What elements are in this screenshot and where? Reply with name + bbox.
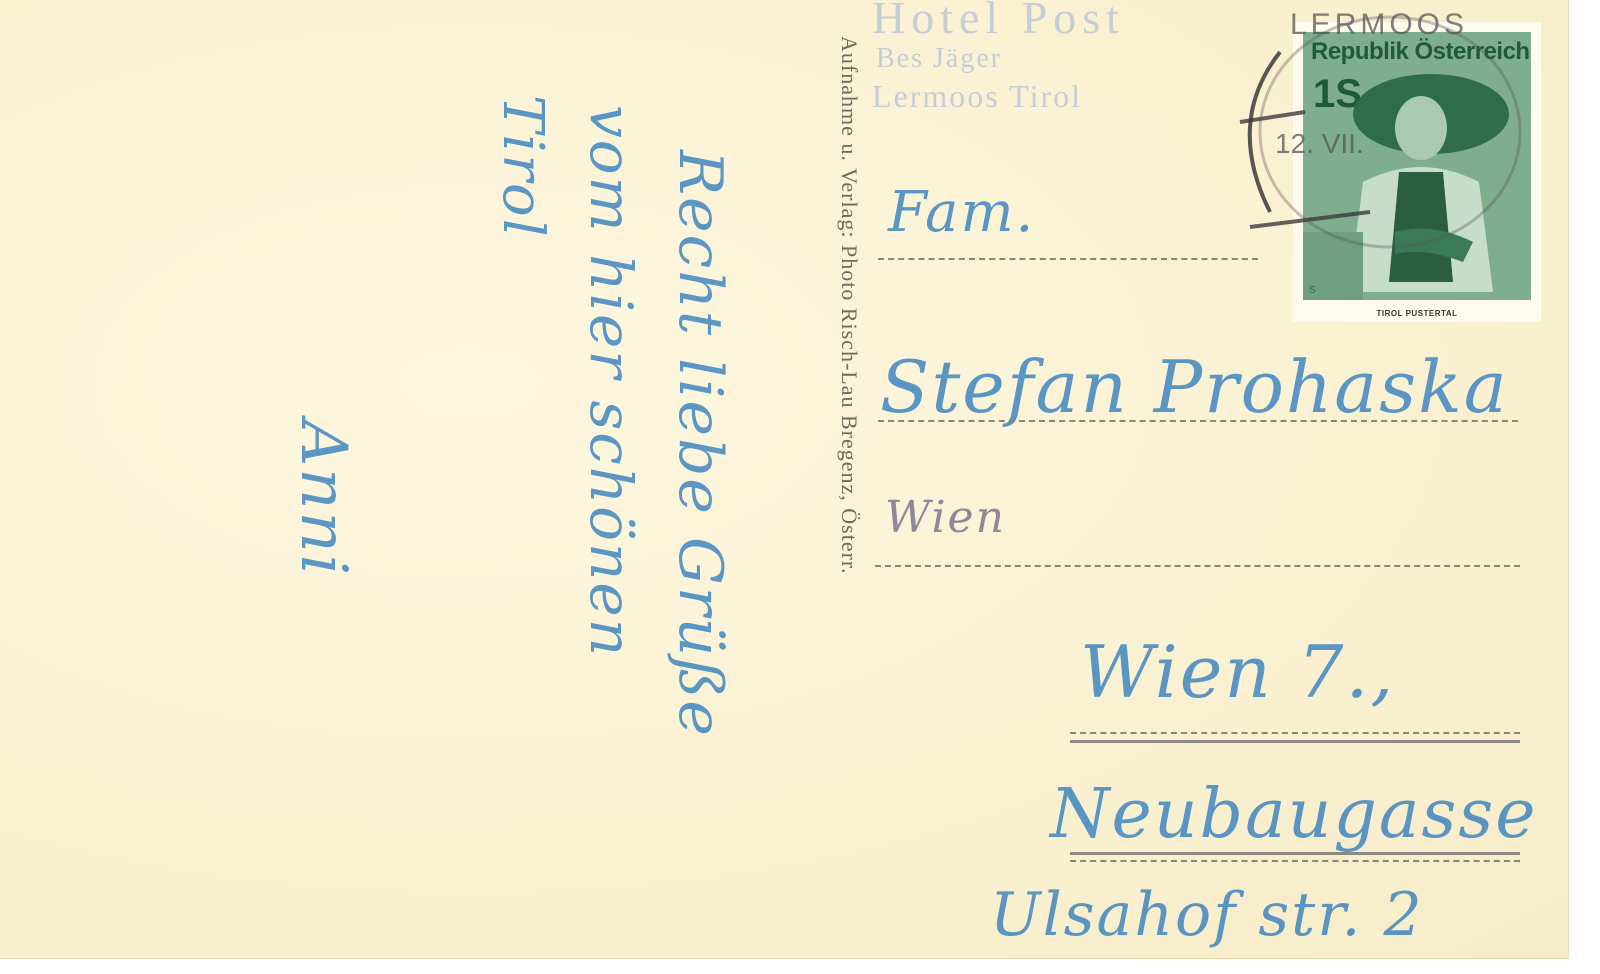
address-line-4	[1070, 732, 1520, 734]
address-city: Wien 7.,	[1080, 630, 1395, 714]
address-name: Stefan Prohaska	[880, 345, 1509, 429]
signature: Anni	[286, 420, 360, 577]
address-line-2	[878, 420, 1518, 422]
publisher-imprint: Aufnahme u. Verlag: Photo Risch-Lau Breg…	[836, 36, 862, 575]
address-scribble: Wien	[885, 492, 1006, 543]
address-underline-5	[1070, 852, 1520, 855]
postmark-date: 12. VII.	[1275, 128, 1364, 160]
message-line-2: vom hier schönen	[577, 105, 645, 658]
stamp-portrait-icon	[1303, 32, 1531, 300]
postcard: Hotel Post Bes Jäger Lermoos Tirol Aufna…	[0, 0, 1569, 959]
address-line-3	[875, 565, 1520, 567]
address-extra: Ulsahof str. 2	[990, 880, 1424, 950]
address-underline-4	[1070, 740, 1520, 743]
hotel-stamp-line3: Lermoos Tirol	[872, 76, 1125, 116]
postmark-town: LERMOOS	[1290, 8, 1468, 42]
postage-stamp: Republik Österreich 1S S TIROL PUSTERTAL	[1293, 22, 1541, 322]
address-line-5	[1070, 860, 1520, 862]
stamp-designer-initial: S	[1309, 285, 1316, 296]
hotel-stamp-line2: Bes Jäger	[876, 42, 1125, 76]
address-street: Neubaugasse	[1050, 775, 1538, 854]
address-salutation: Fam.	[888, 180, 1035, 245]
hotel-stamp-line1: Hotel Post	[872, 0, 1125, 42]
message-line-3: Tirol	[490, 95, 555, 239]
message-line-1: Recht liebe Grüße	[665, 150, 735, 738]
stamp-image: Republik Österreich 1S S	[1303, 32, 1531, 300]
address-line-1	[878, 258, 1258, 260]
hotel-stamp: Hotel Post Bes Jäger Lermoos Tirol	[872, 0, 1125, 116]
stamp-caption: TIROL PUSTERTAL	[1293, 309, 1541, 318]
